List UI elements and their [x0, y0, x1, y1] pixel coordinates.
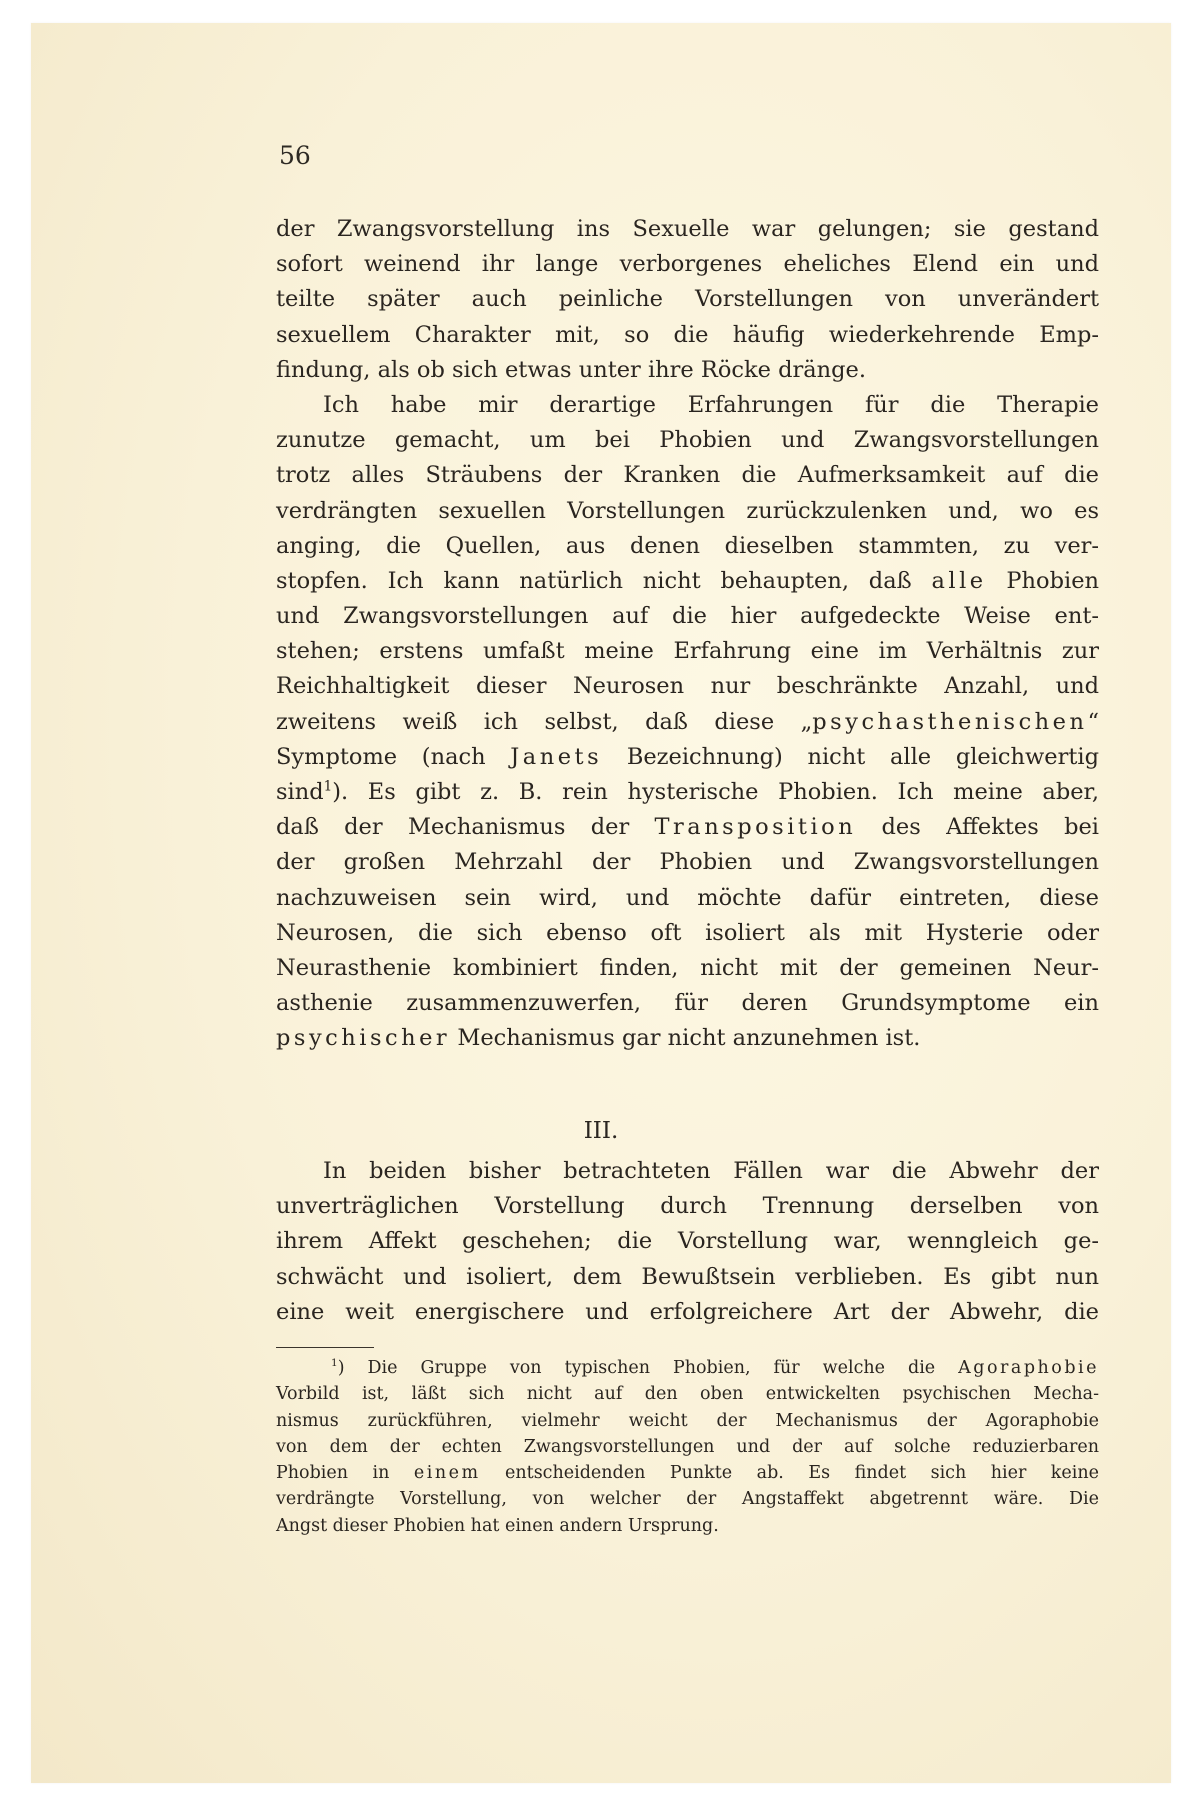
text-fragment: daß der Mechanismus der — [276, 814, 655, 840]
text-line: findung, als ob sich etwas unter ihre Rö… — [276, 353, 1099, 388]
text-fragment: sind — [276, 779, 324, 805]
text-line: verdrängte Vorstellung, von welcher der … — [276, 1486, 1099, 1512]
text-line: teilte später auch peinliche Vorstellung… — [276, 282, 1099, 317]
section-heading: III. — [0, 1118, 1202, 1144]
text-line: verdrängten sexuellen Vorstellungen zurü… — [276, 494, 1099, 529]
text-line: psychischer Mechanismus gar nicht anzune… — [276, 1021, 1099, 1056]
text-line: der Zwangsvorstellung ins Sexuelle war g… — [276, 212, 1099, 247]
text-line: In beiden bisher betrachteten Fällen war… — [276, 1154, 1099, 1189]
text-line: daß der Mechanismus der Transposition de… — [276, 810, 1099, 845]
text-line: sofort weinend ihr lange verborgenes ehe… — [276, 247, 1099, 282]
text-line: sexuellem Charakter mit, so die häufig w… — [276, 318, 1099, 353]
text-line: schwächt und isoliert, dem Bewußtsein ve… — [276, 1260, 1099, 1295]
spaced-emphasis: Transposition — [655, 814, 857, 840]
text-fragment: des Affektes bei — [856, 814, 1099, 840]
text-fragment: Symptome (nach — [276, 744, 510, 770]
text-line: ihrem Affekt geschehen; die Vorstellung … — [276, 1224, 1099, 1259]
text-fragment: entscheidenden Punkte ab. Es findet sich… — [481, 1463, 1099, 1483]
text-fragment: “ — [1087, 709, 1099, 735]
text-line: stopfen. Ich kann natürlich nicht behaup… — [276, 564, 1099, 599]
footnote-marker: 1 — [331, 1357, 338, 1369]
text-line: zweitens weiß ich selbst, daß diese „psy… — [276, 705, 1099, 740]
spaced-emphasis: psychasthenischen — [812, 709, 1087, 735]
page-number: 56 — [279, 141, 311, 170]
spaced-emphasis: Agoraphobie — [958, 1358, 1099, 1378]
paragraph-continuation: der Zwangsvorstellung ins Sexuelle war g… — [276, 212, 1099, 1057]
spaced-emphasis: Janets — [510, 744, 602, 770]
text-line: Phobien in einem entscheidenden Punkte a… — [276, 1460, 1099, 1486]
text-line: Neurasthenie kombiniert finden, nicht mi… — [276, 951, 1099, 986]
footnote-divider — [276, 1347, 374, 1348]
text-fragment: stopfen. Ich kann natürlich nicht behaup… — [276, 568, 931, 594]
text-line: Symptome (nach Janets Bezeichnung) nicht… — [276, 740, 1099, 775]
book-page: 56 der Zwangsvorstellung ins Sexuelle wa… — [31, 23, 1171, 1783]
text-line: anging, die Quellen, aus denen dieselben… — [276, 529, 1099, 564]
text-line: sind1). Es gibt z. B. rein hysterische P… — [276, 775, 1099, 810]
text-fragment: ) Die Gruppe von typischen Phobien, für … — [338, 1358, 958, 1378]
text-line: Ich habe mir derartige Erfahrungen für d… — [276, 388, 1099, 423]
text-line: asthenie zusammenzuwerfen, für deren Gru… — [276, 986, 1099, 1021]
text-line: Angst dieser Phobien hat einen andern Ur… — [276, 1513, 1099, 1539]
text-line: stehen; erstens umfaßt meine Erfahrung e… — [276, 634, 1099, 669]
text-line: Vorbild ist, läßt sich nicht auf den obe… — [276, 1381, 1099, 1407]
text-line: nachzuweisen sein wird, und möchte dafür… — [276, 881, 1099, 916]
text-line: der großen Mehrzahl der Phobien und Zwan… — [276, 845, 1099, 880]
text-line: von dem der echten Zwangsvorstellungen u… — [276, 1434, 1099, 1460]
footnote: 1) Die Gruppe von typischen Phobien, für… — [276, 1355, 1099, 1539]
text-line: eine weit energischere und erfolgreicher… — [276, 1295, 1099, 1330]
paragraph-section-three: In beiden bisher betrachteten Fällen war… — [276, 1154, 1099, 1330]
spaced-emphasis: psychischer — [276, 1025, 450, 1051]
text-fragment: ). Es gibt z. B. rein hysterische Phobie… — [332, 779, 1099, 805]
text-line: nismus zurückführen, vielmehr weicht der… — [276, 1408, 1099, 1434]
text-fragment: Bezeichnung) nicht alle gleichwertig — [602, 744, 1099, 770]
footnote-marker: 1 — [324, 779, 333, 795]
spaced-emphasis: einem — [414, 1463, 481, 1483]
text-line: Neurosen, die sich ebenso oft isoliert a… — [276, 916, 1099, 951]
text-fragment: Mechanismus gar nicht anzunehmen ist. — [450, 1025, 920, 1051]
text-fragment: Phobien — [987, 568, 1099, 594]
text-fragment: zweitens weiß ich selbst, daß diese „ — [276, 709, 812, 735]
text-line: Reichhaltigkeit dieser Neurosen nur besc… — [276, 669, 1099, 704]
text-line: unverträglichen Vorstellung durch Trennu… — [276, 1189, 1099, 1224]
text-fragment: Phobien in — [276, 1463, 414, 1483]
spaced-emphasis: alle — [931, 568, 986, 594]
text-line: 1) Die Gruppe von typischen Phobien, für… — [276, 1355, 1099, 1381]
text-line: trotz alles Sträubens der Kranken die Au… — [276, 458, 1099, 493]
text-line: zunutze gemacht, um bei Phobien und Zwan… — [276, 423, 1099, 458]
text-line: und Zwangsvorstellungen auf die hier auf… — [276, 599, 1099, 634]
